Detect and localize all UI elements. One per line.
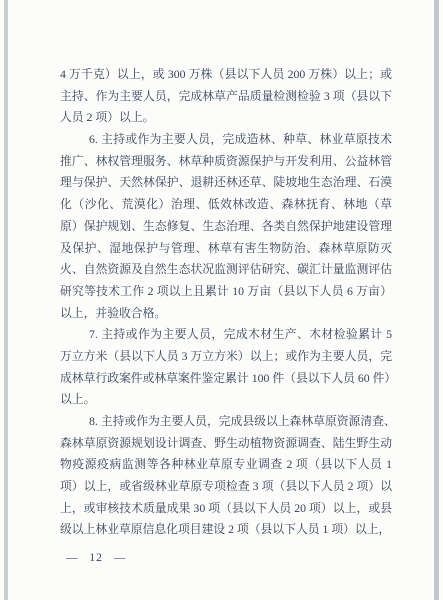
text-line: 人员 2 项）以上。 [60, 107, 392, 129]
text-line: 4 万千克）以上，或 300 万株（县以下人员 200 万株）以上；或 [60, 64, 392, 86]
text-line: 7. 主持或作为主要人员，完成木材生产、木材检验累计 5 [60, 324, 392, 346]
text-line: 成林草行政案件或林草案件鉴定累计 100 件（县以下人员 60 件） [60, 368, 392, 390]
text-line: 主持、作为主要人员，完成林草产品质量检测检验 3 项（县以下 [60, 86, 392, 108]
text-line: 及保护、湿地保护与管理、林草有害生物防治、森林草原防灭 [60, 238, 392, 260]
text-line: 8. 主持或作为主要人员，完成县级以上森林草原资源清查、 [60, 411, 392, 433]
text-line: 万立方米（县以下人员 3 万立方米）以上；或作为主要人员，完 [60, 346, 392, 368]
text-line: 推广、林权管理服务、林草种质资源保护与开发利用、公益林管 [60, 151, 392, 173]
text-line: 原）保护规划、生态修复、生态治理、各类自然保护地建设管理 [60, 216, 392, 238]
page-number: — 12 — [66, 550, 126, 566]
text-line: 项）以上，或省级林业草原专项检查 3 项（县以下人员 2 项）以 [60, 476, 392, 498]
text-line: 森林草原资源规划设计调查、野生动植物资源调查、陆生野生动 [60, 433, 392, 455]
scan-edge-right [434, 0, 439, 600]
text-line: 化（沙化、荒漠化）治理、低效林改造、森林抚育、林地（草 [60, 194, 392, 216]
scanned-document-page: 4 万千克）以上，或 300 万株（县以下人员 200 万株）以上；或主持、作为… [0, 0, 443, 600]
text-line: 物疫源疫病监测等各种林业草原专业调查 2 项（县以下人员 1 [60, 454, 392, 476]
text-line: 上，或审核技术质量成果 30 项（县以下人员 20 项）以上，或县 [60, 498, 392, 520]
text-line: 理与保护、天然林保护、退耕还林还草、陡坡地生态治理、石漠 [60, 172, 392, 194]
text-line: 以上，并验收合格。 [60, 303, 392, 325]
text-line: 级以上林业草原信息化项目建设 2 项（县以下人员 1 项）以上， [60, 519, 392, 541]
text-line: 以上。 [60, 389, 392, 411]
text-line: 火、自然资源及自然生态状况监测评估研究、碳汇计量监测评估 [60, 259, 392, 281]
text-line: 研究等技术工作 2 项以上且累计 10 万亩（县以下人员 6 万亩） [60, 281, 392, 303]
scan-edge-left [4, 0, 8, 600]
document-body: 4 万千克）以上，或 300 万株（县以下人员 200 万株）以上；或主持、作为… [60, 64, 392, 541]
text-line: 6. 主持或作为主要人员，完成造林、种草、林业草原技术 [60, 129, 392, 151]
